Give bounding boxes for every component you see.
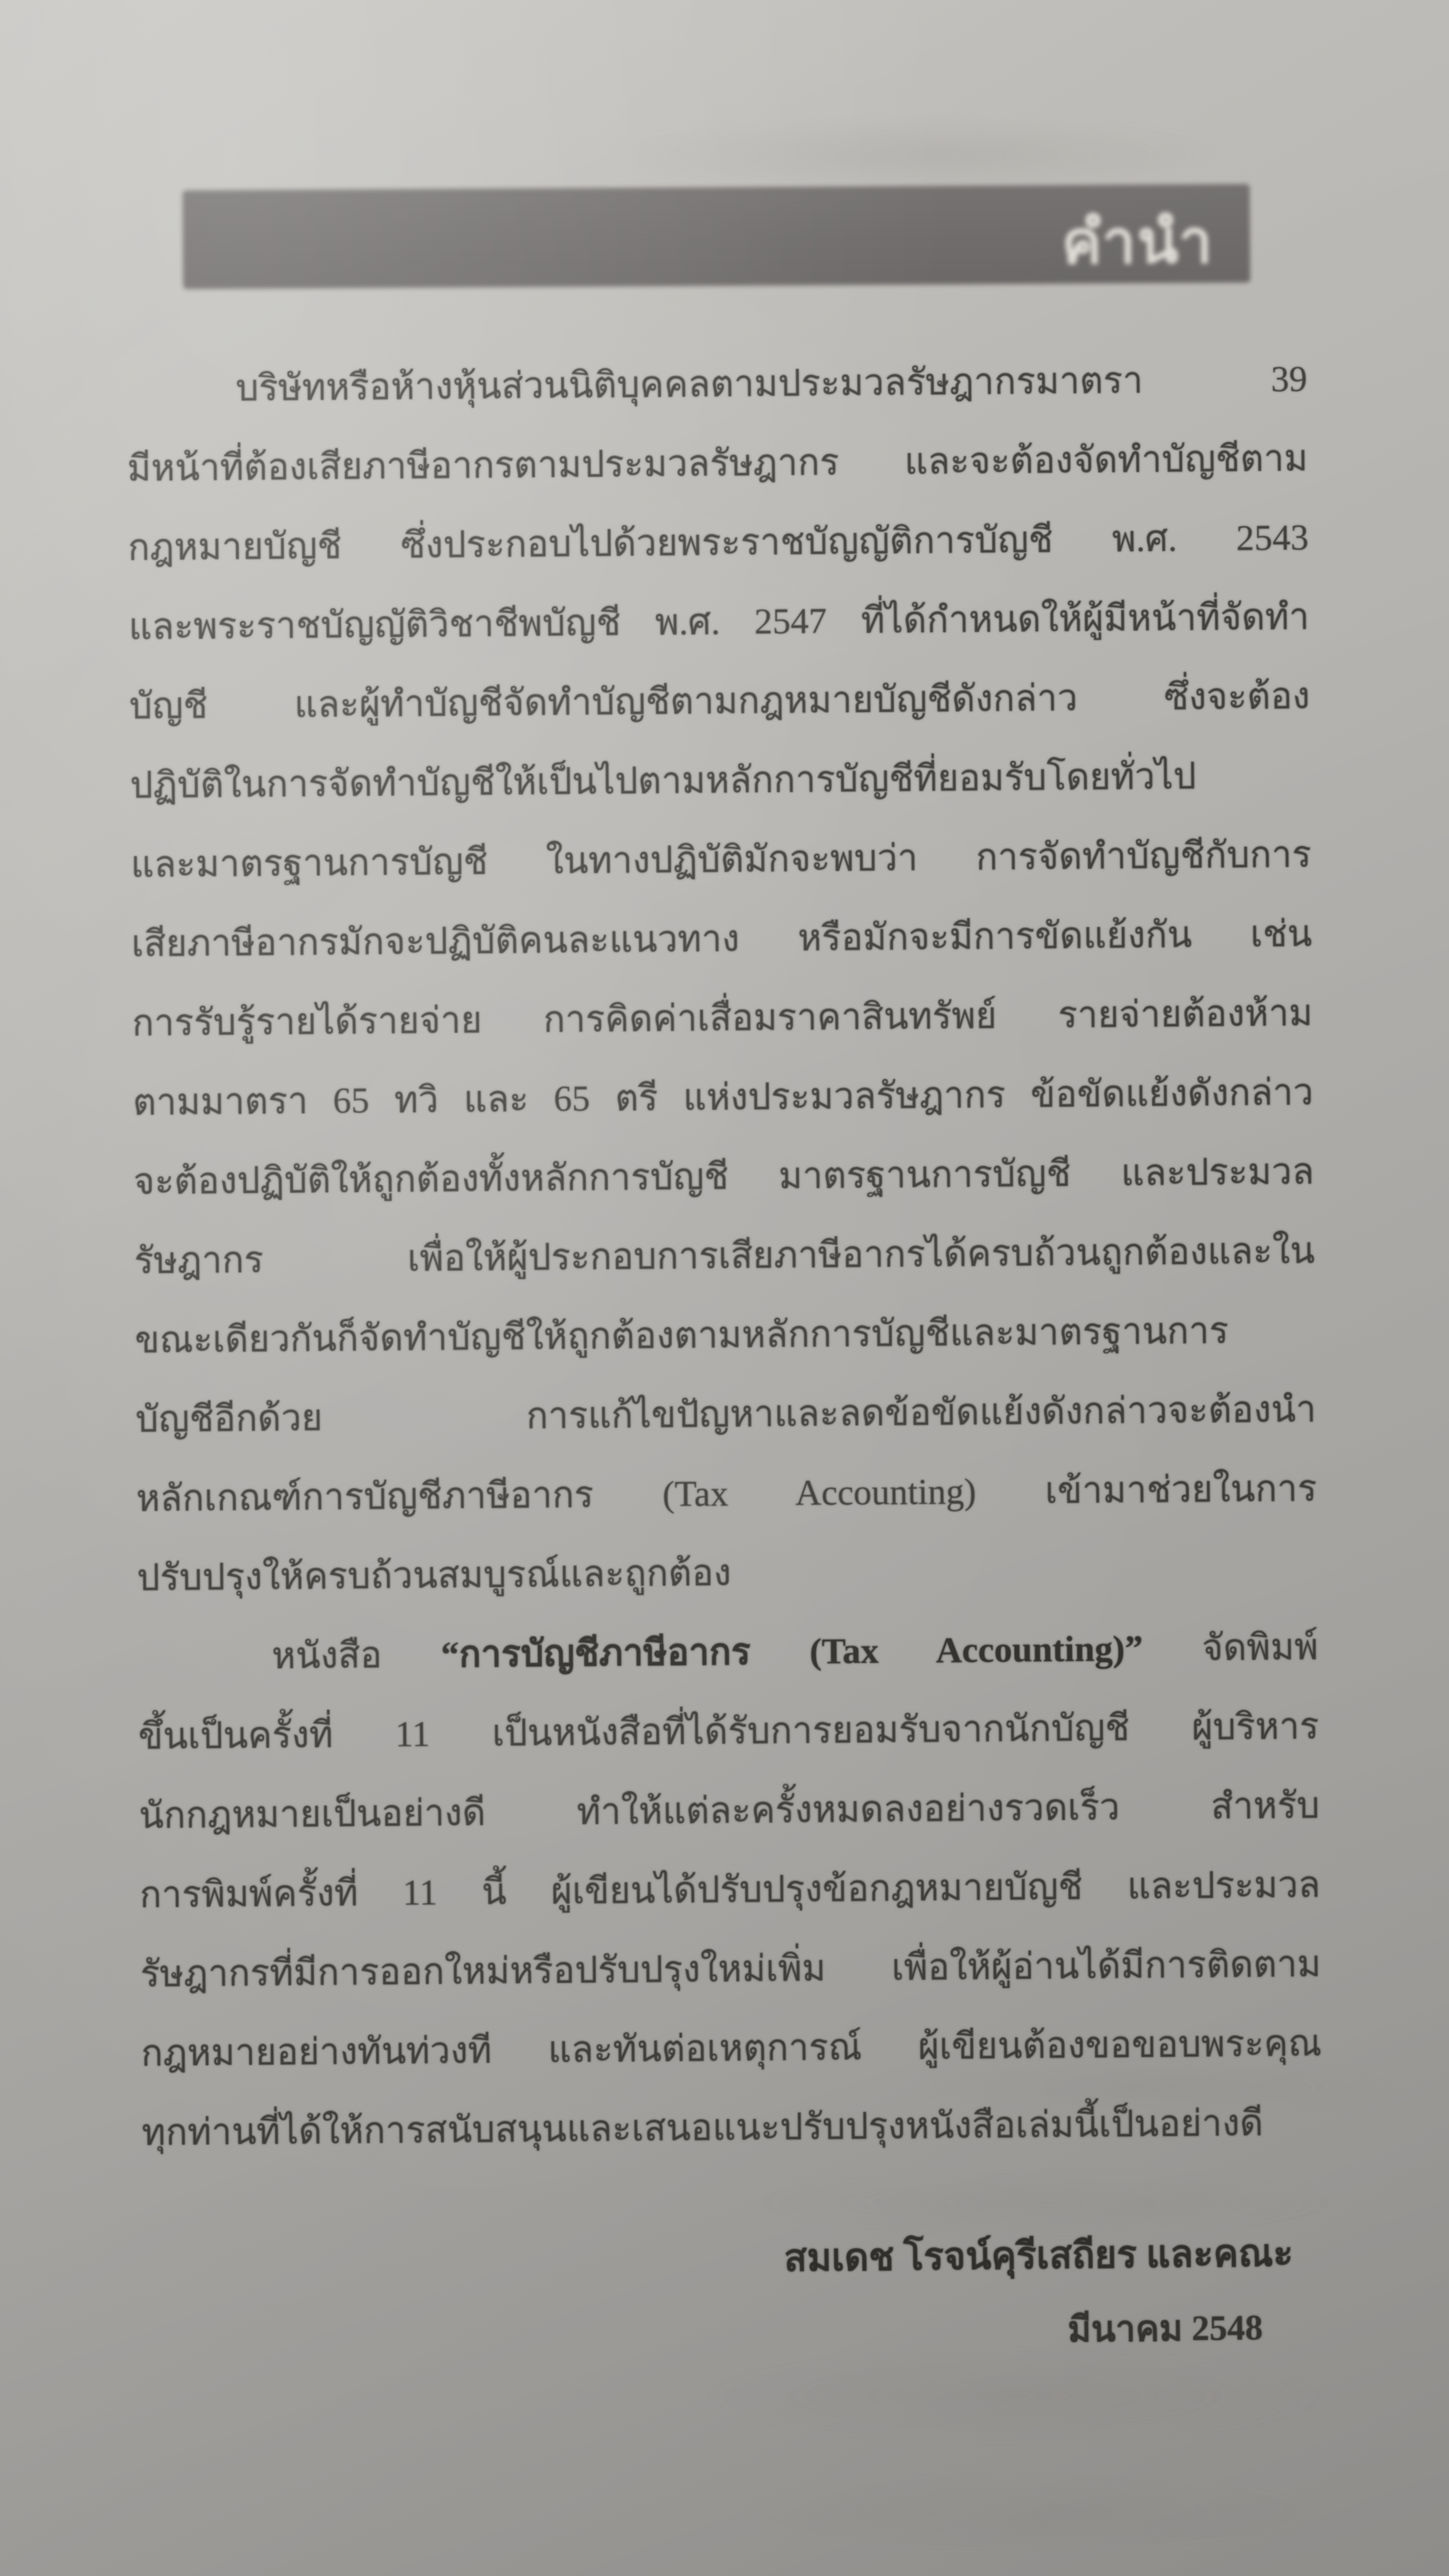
- preface-line: ขณะเดียวกันก็จัดทำบัญชีให้ถูกต้องตามหลัก…: [135, 1290, 1316, 1380]
- signature-date: มีนาคม 2548: [134, 2290, 1302, 2378]
- signature-block: สมเดช โรจน์คุรีเสถียร และคณะ มีนาคม 2548: [134, 2215, 1302, 2378]
- chapter-heading-bar: คำนำ: [183, 184, 1251, 289]
- preface-line: ตามมาตรา 65 ทวิ และ 65 ตรี แห่งประมวลรัษ…: [132, 1053, 1314, 1143]
- preface-line: และมาตรฐานการบัญชี ในทางปฏิบัติมักจะพบว่…: [130, 815, 1312, 905]
- preface-line: ปฏิบัติในการจัดทำบัญชีให้เป็นไปตามหลักกา…: [130, 736, 1311, 826]
- preface-line: ปรับปรุงให้ครบถ้วนสมบูรณ์และถูกต้อง: [137, 1528, 1318, 1617]
- preface-line: นักกฎหมายเป็นอย่างดี ทำให้แต่ละครั้งหมดล…: [139, 1765, 1320, 1855]
- showthrough-smudge: [593, 115, 1248, 193]
- preface-line: บัญชี และผู้ทำบัญชีจัดทำบัญชีตามกฎหมายบั…: [129, 656, 1310, 746]
- preface-line: การพิมพ์ครั้งที่ 11 นี้ ผู้เขียนได้ปรับป…: [139, 1845, 1320, 1934]
- preface-line: บริษัทหรือห้างหุ้นส่วนนิติบุคคลตามประมวล…: [126, 339, 1307, 429]
- preface-line: การรับรู้รายได้รายจ่าย การคิดค่าเสื่อมรา…: [132, 973, 1313, 1063]
- preface-line: ทุกท่านที่ได้ให้การสนับสนุนและเสนอแนะปรั…: [142, 2082, 1323, 2172]
- showthrough-smudge: [718, 2471, 1342, 2552]
- line-suffix: จัดพิมพ์: [1143, 1626, 1319, 1668]
- page-title: คำนำ: [1061, 193, 1214, 292]
- preface-line: และพระราชบัญญัติวิชาชีพบัญชี พ.ศ. 2547 ท…: [129, 577, 1310, 667]
- line-prefix: หนังสือ: [271, 1634, 441, 1676]
- preface-line: ขึ้นเป็นครั้งที่ 11 เป็นหนังสือที่ได้รับ…: [138, 1686, 1319, 1776]
- preface-line: บัญชีอีกด้วย การแก้ไขปัญหาและลดข้อขัดแย้…: [135, 1369, 1317, 1459]
- preface-line: หลักเกณฑ์การบัญชีภาษีอากร (Tax Accountin…: [136, 1448, 1317, 1538]
- preface-line: รัษฎากร เพื่อให้ผู้ประกอบการเสียภาษีอากร…: [134, 1211, 1315, 1300]
- preface-line: กฎหมายบัญชี ซึ่งประกอบไปด้วยพระราชบัญญัต…: [127, 498, 1309, 588]
- preface-line: เสียภาษีอากรมักจะปฏิบัติคนละแนวทาง หรือม…: [131, 894, 1312, 984]
- book-preface-page: คำนำ บริษัทหรือห้างหุ้นส่วนนิติบุคคลตามป…: [0, 0, 1449, 2576]
- preface-line: กฎหมายอย่างทันท่วงที และทันต่อเหตุการณ์ …: [141, 2003, 1322, 2093]
- book-title: “การบัญชีภาษีอากร (Tax Accounting)”: [441, 1628, 1143, 1675]
- signature-author: สมเดช โรจน์คุรีเสถียร และคณะ: [134, 2215, 1301, 2303]
- preface-body: บริษัทหรือห้างหุ้นส่วนนิติบุคคลตามประมวล…: [126, 339, 1322, 2172]
- preface-line: จะต้องปฏิบัติให้ถูกต้องทั้งหลักการบัญชี …: [133, 1131, 1314, 1221]
- preface-line-with-book-title: หนังสือ “การบัญชีภาษีอากร (Tax Accountin…: [137, 1607, 1319, 1697]
- preface-line: รัษฎากรที่มีการออกใหม่หรือปรับปรุงใหม่เพ…: [140, 1924, 1321, 2014]
- preface-line: มีหน้าที่ต้องเสียภาษีอากรตามประมวลรัษฎาก…: [127, 419, 1308, 509]
